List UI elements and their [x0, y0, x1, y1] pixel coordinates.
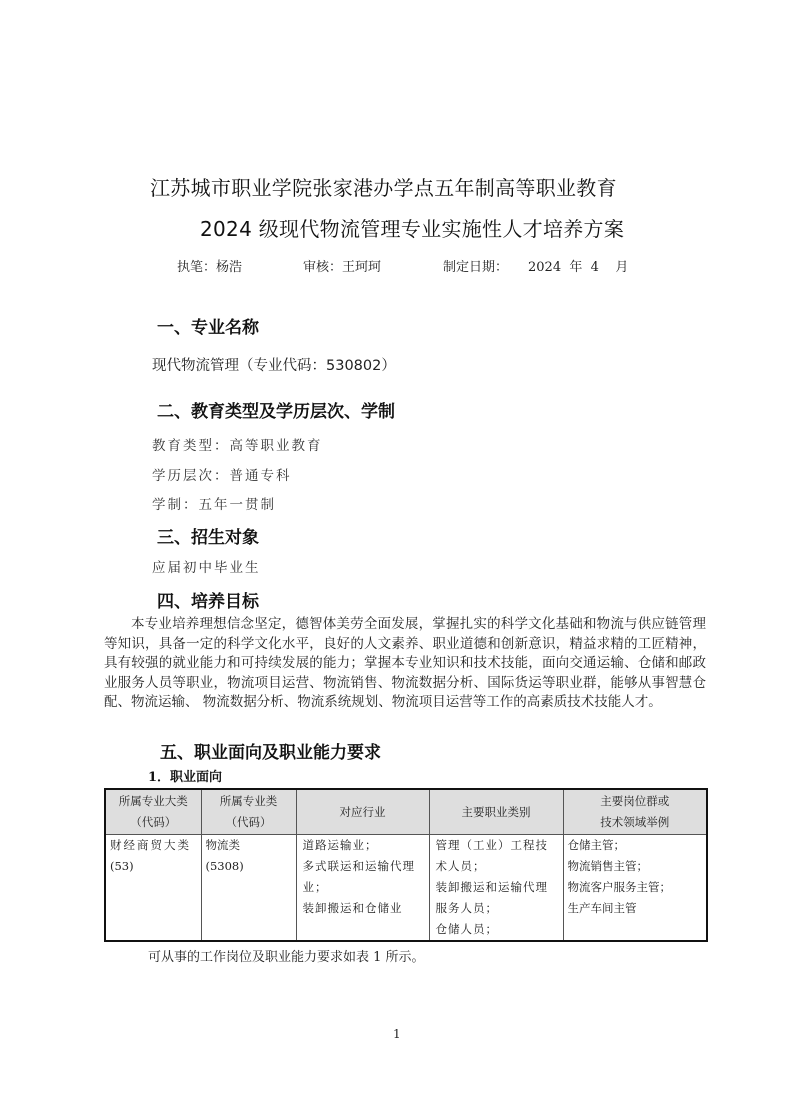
- header-positions: 主要岗位群或 技术领域举例: [563, 789, 707, 835]
- cell-text: 管理（工业）工程技术人员；: [436, 835, 559, 877]
- reviewer-label: 审核：王珂珂: [303, 256, 381, 275]
- enrollment-text: 应届初中毕业生: [152, 556, 261, 576]
- document-page: 江苏城市职业学院张家港办学点五年制高等职业教育 2024 级现代物流管理专业实施…: [0, 0, 794, 1108]
- cell-positions: 仓储主管； 物流销售主管； 物流客户服务主管； 生产车间主管: [563, 835, 707, 942]
- header-industry: 对应行业: [296, 789, 429, 835]
- subsection-heading-career: 1．职业面向: [148, 766, 222, 785]
- document-title-line1: 江苏城市职业学院张家港办学点五年制高等职业教育: [150, 172, 617, 201]
- header-text: （代码）: [204, 812, 294, 833]
- header-major-category: 所属专业大类 （代码）: [105, 789, 201, 835]
- cell-text: 仓储人员；: [436, 919, 559, 940]
- header-text: 技术领域举例: [566, 812, 705, 833]
- cell-text: 仓储主管；: [568, 835, 703, 856]
- header-text: 主要职业类别: [462, 805, 531, 819]
- cell-text: 装卸搬运和运输代理服务人员；: [436, 877, 559, 919]
- cell-text: 物流客户服务主管；: [568, 877, 703, 898]
- header-text: 所属专业大类: [108, 791, 199, 812]
- cell-text: (53): [110, 856, 197, 877]
- section-heading-enrollment: 三、招生对象: [157, 523, 259, 548]
- cell-text: 装卸搬运和仓储业: [303, 898, 425, 919]
- cell-text: 道路运输业；: [303, 835, 425, 856]
- section-heading-education-type: 二、教育类型及学历层次、学制: [157, 397, 395, 422]
- date-label: 制定日期：: [443, 256, 508, 275]
- section-heading-career-orientation: 五、职业面向及职业能力要求: [160, 738, 381, 763]
- cell-text: 多式联运和运输代理业；: [303, 856, 425, 898]
- header-text: （代码）: [108, 812, 199, 833]
- career-orientation-table: 所属专业大类 （代码） 所属专业类 （代码） 对应行业 主要职业类别 主要岗位群…: [104, 788, 708, 942]
- header-text: 对应行业: [340, 805, 386, 819]
- document-title-line2: 2024 级现代物流管理专业实施性人才培养方案: [200, 213, 624, 242]
- header-major-class: 所属专业类 （代码）: [201, 789, 296, 835]
- cell-industry: 道路运输业； 多式联运和运输代理业； 装卸搬运和仓储业: [296, 835, 429, 942]
- education-level-text: 学历层次：普通专科: [152, 464, 292, 484]
- header-text: 主要岗位群或: [566, 791, 705, 812]
- study-length-text: 学制：五年一贯制: [152, 493, 276, 513]
- table-header-row: 所属专业大类 （代码） 所属专业类 （代码） 对应行业 主要职业类别 主要岗位群…: [105, 789, 707, 835]
- cell-text: 物流销售主管；: [568, 856, 703, 877]
- cell-occupation: 管理（工业）工程技术人员； 装卸搬运和运输代理服务人员； 仓储人员；: [429, 835, 563, 942]
- table-reference-note: 可从事的工作岗位及职业能力要求如表 1 所示。: [148, 946, 425, 965]
- page-number: 1: [393, 1027, 401, 1041]
- training-goal-paragraph: 本专业培养理想信念坚定，德智体美劳全面发展，掌握扎实的科学文化基础和物流与供应链…: [104, 615, 706, 713]
- education-type-text: 教育类型：高等职业教育: [152, 434, 323, 454]
- cell-major-category: 财经商贸大类 (53): [105, 835, 201, 942]
- table-row: 财经商贸大类 (53) 物流类 (5308) 道路运输业； 多式联运和运输代理业…: [105, 835, 707, 942]
- major-name-text: 现代物流管理（专业代码：530802）: [152, 354, 396, 375]
- date-value: 2024 年 4 月: [528, 256, 628, 275]
- cell-text: (5308): [206, 856, 292, 877]
- section-heading-training-goal: 四、培养目标: [157, 587, 259, 612]
- author-label: 执笔：杨浩: [177, 256, 242, 275]
- header-text: 所属专业类: [204, 791, 294, 812]
- section-heading-major-name: 一、专业名称: [157, 313, 259, 338]
- header-occupation: 主要职业类别: [429, 789, 563, 835]
- cell-text: 财经商贸大类: [110, 835, 197, 856]
- cell-text: 物流类: [206, 835, 292, 856]
- cell-text: 生产车间主管: [568, 898, 703, 919]
- cell-major-class: 物流类 (5308): [201, 835, 296, 942]
